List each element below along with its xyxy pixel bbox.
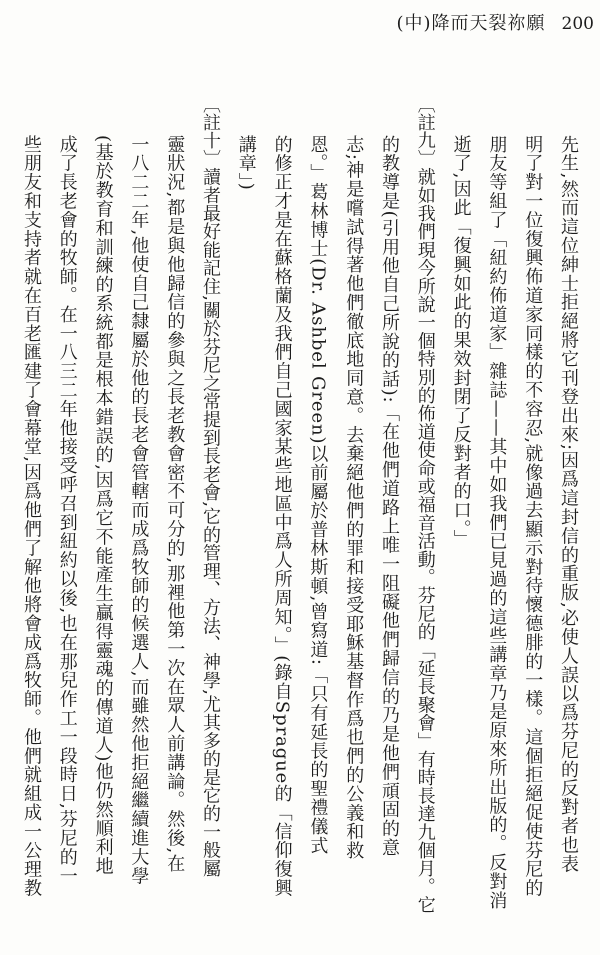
text-column: 一八二二年,他使自己隸屬於他的長老會管轄而成爲牧師的候選人,而雖然他拒絕繼續進大…: [126, 135, 150, 885]
text-column: 恩。」葛林博士(Dr. Ashbel Green)以前屬於普林斯頓,曾寫道:「只…: [305, 135, 329, 855]
text-column: 朋友等組了「紐約佈道家」雜誌——其中如我們已見過的這些講章乃是原來所出版的。反對…: [484, 135, 508, 910]
text-column: 志;神是嚐試得著他們徹底地同意。去棄絕他們的罪和接受耶穌基督作爲也們的公義和救: [341, 135, 365, 860]
text-column: 的教導是(引用他自己所說的話):「在他們道路上唯一阻礙他們歸信的乃是他們頑固的意: [377, 135, 401, 857]
footnote-column: 〔註九〕就如我們現今所說一個特別的佈道使命或福音活動。芬尼的「延長聚會」有時長達…: [413, 95, 437, 914]
text-column: 明了對一位復興佈道家同樣的不容忍,就像過去顯示對待懷德腓的一樣。這個拒絕促使芬尼…: [520, 135, 544, 898]
text-column: 成了長老會的牧師。在一八三二年他接受呼召到紐約以後,也在那兒作工一段時日,芬尼的…: [55, 135, 79, 885]
book-page: (中)降而天裂祢願 200 先生,然而這位紳士拒絕將它刊登出來;因爲這封信的重版…: [0, 0, 600, 955]
text-column: (基於教育和訓練的系統都是根本錯誤的,因爲它不能產生贏得靈魂的傳道人)他仍然順利…: [91, 135, 115, 876]
text-columns: 先生,然而這位紳士拒絕將它刊登出來;因爲這封信的重版,必使人誤以爲芬尼的反對者也…: [0, 0, 600, 955]
footnote-column: 〔註十〕讀者最好能記住,關於芬尼之常提到長老會,它的管理、方法、神學,尤其多的是…: [198, 95, 222, 877]
text-column: 先生,然而這位紳士拒絕將它刊登出來;因爲這封信的重版,必使人誤以爲芬尼的反對者也…: [556, 135, 580, 873]
text-column: 靈狀況,都是與他歸信的參與之長老教會密不可分的,那裡他第一次在眾人前講論。然後,…: [162, 135, 186, 873]
text-column: 逝了,因此「復興如此的果效封閉了反對者的口。」: [449, 135, 473, 548]
text-column: 些朋友和支持者就在百老匯建了會幕堂,因爲他們了解他將會成爲牧師。他們就組成一公理…: [19, 135, 43, 898]
text-column: 的修正才是在蘇格蘭及我們自己國家某些地區中爲人所周知。」(錄自Sprague的「…: [270, 135, 294, 898]
text-column: 講章」): [234, 135, 258, 191]
